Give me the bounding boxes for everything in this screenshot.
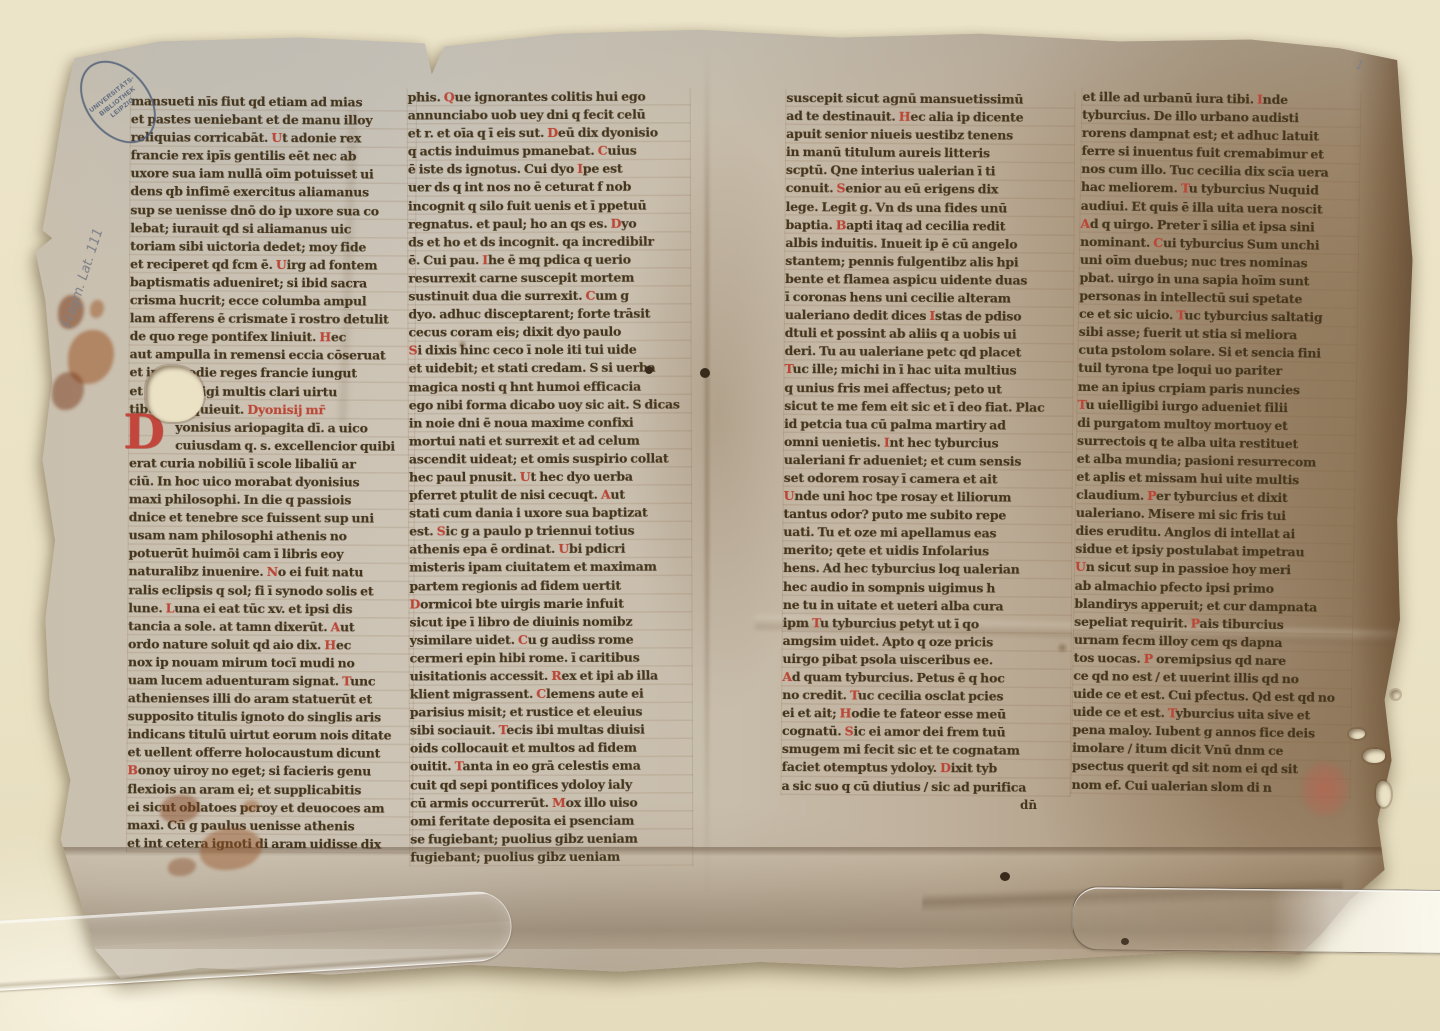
- worm-hole: [1000, 872, 1010, 881]
- text-line: cuit qd sepi pontifices ydoloy ialy: [410, 775, 692, 794]
- text-line: indicans titulū uirtut eorum nois ditate: [128, 726, 413, 746]
- worm-hole: [645, 366, 653, 374]
- text-line: de quo rege pontifex liniuit. Hec: [130, 327, 415, 347]
- text-line: ī coronas hens uni cecilie alteram: [785, 288, 1073, 308]
- rubricated-text: H: [319, 329, 331, 344]
- parchment-hole: [1391, 690, 1400, 699]
- text-line: hec audio in sompnis uigimus h: [783, 578, 1071, 598]
- rubricated-text: A: [331, 619, 341, 634]
- text-line: mansueti nīs fiut qd etiam ad mias: [131, 92, 416, 112]
- rubricated-text: D: [611, 215, 622, 230]
- text-line: cecus coram eis; dixit dyo paulo: [408, 323, 690, 342]
- text-line: erat curia nobiliū ī scole libaliū ar: [129, 454, 414, 474]
- text-line: et r. et oīa q ī eis sut. Deū dix dyonis…: [408, 124, 690, 143]
- text-line: cū armis occurrerūt. Mox illo uiso: [410, 793, 692, 812]
- text-line: suscepit sicut agnū mansuetissimū: [786, 89, 1074, 109]
- text-line: uxore sua iam nullā oīm potuisset ui: [131, 165, 416, 185]
- rubricated-text: N: [267, 564, 278, 579]
- text-line: uam lucem aduenturam signat. Tunc: [128, 671, 413, 691]
- text-column-1: D mansueti nīs fiut qd etiam ad miaset p…: [126, 92, 417, 853]
- text-line: nox ip nouam mirum tocī mudi no: [128, 653, 413, 673]
- text-line: omni uenietis. Int hec tyburcius: [784, 433, 1072, 453]
- gutter-fold-crease: [705, 51, 709, 941]
- text-line: uisitationis accessit. Rex et ipi ab ill…: [410, 667, 692, 686]
- rubricated-text: A: [1080, 216, 1090, 231]
- text-line: ē. Cui pau. Ihe ē mq pdica q uerio: [408, 250, 690, 269]
- text-column-3: suscepit sicut agnū mansuetissimūad te d…: [781, 89, 1076, 797]
- text-line: lune. Luna ei eat tūc xv. et ipsi dis: [128, 599, 413, 619]
- text-line: ē iste ds ignotus. Cui dyo Ipe est: [408, 160, 690, 179]
- text-line: oids collocauit et multos ad fidem: [410, 739, 692, 758]
- text-line: uirgo pibat psola uisceribus ee.: [782, 650, 1070, 670]
- text-line: merito; qete et uidis Infolarius: [783, 541, 1071, 561]
- rubricated-text: H: [840, 706, 852, 721]
- rubricated-text: H: [324, 637, 336, 652]
- text-line: no credit. Tuc cecilia osclat pcies: [782, 686, 1070, 706]
- text-line: Ad quam tyburcius. Petus ē q hoc: [782, 668, 1070, 688]
- rubricated-text: U: [520, 469, 531, 484]
- text-line: ad te destinauit. Hec alia ip dicente: [786, 107, 1074, 127]
- text-line: albis induitis. Inueit ip ē cū angelo: [785, 234, 1073, 254]
- text-line: ds et ho et ds incognit. qa incredibilr: [408, 232, 690, 251]
- text-line: magica nosti q hnt humoi efficacia: [409, 377, 691, 396]
- text-line: ne tu in uitate et ueteri alba cura: [783, 596, 1071, 616]
- text-line: ualeriani fr adueniet; et cum sensis: [784, 451, 1072, 471]
- text-line: hec paul pnusit. Ut hec dyo uerba: [409, 467, 691, 486]
- text-line: in noie dni ē noua maxime confixi: [409, 413, 691, 432]
- text-line: sustinuit dua die surrexit. Cum g: [408, 287, 690, 306]
- text-line: misteris ipam ciuitatem et maximam: [409, 558, 691, 577]
- text-line: se fugiebant; puolius gibz ueniam: [410, 829, 692, 848]
- text-line: cermeri epin hibi rome. ī caritibus: [410, 648, 692, 667]
- rubricated-text: M: [552, 795, 566, 810]
- text-line: faciet otemptus ydoloy. Dixit tyb: [782, 758, 1070, 778]
- text-line: et uellent offerre holocaustum dicunt: [127, 744, 412, 764]
- rubricated-text: A: [601, 487, 611, 502]
- rubricated-text: S: [409, 343, 418, 358]
- worm-hole: [700, 368, 710, 378]
- text-line: ualeriano dedit dices Istas de pdiso: [785, 306, 1073, 326]
- rubricated-text: C: [1153, 235, 1163, 250]
- text-line: mortui nati et surrexit et ad celum: [409, 431, 691, 450]
- text-line: lege. Legit g. Vn ds una fides unū: [786, 198, 1074, 218]
- catchword: dn̄: [1020, 798, 1037, 812]
- text-line: et pastes ueniebant et de manu illoy: [131, 110, 416, 130]
- text-line: cognatū. Sic ei amor dei frem tuū: [782, 722, 1070, 742]
- text-line: partem regionis ad fidem uertit: [409, 576, 691, 595]
- text-line: amgsim uidet. Apto q oze pricis: [783, 632, 1071, 652]
- text-line: naturalibz inuenire. No ei fuit natu: [128, 563, 413, 583]
- text-line: uer ds q int nos no ē ceturat f nob: [408, 178, 690, 197]
- text-line: id petcia tua cū palma martiry ad: [784, 415, 1072, 435]
- text-line: ouitit. Tanta in eo grā celestis ema: [410, 757, 692, 776]
- photo-background: D mansueti nīs fiut qd etiam ad miaset p…: [0, 0, 1440, 1031]
- rubricated-text: T: [1181, 181, 1189, 196]
- text-line: tancia a sole. at tamn dixerūt. Aut: [128, 617, 413, 637]
- rubricated-text: Q: [444, 89, 455, 104]
- text-column-2: phis. Que ignorantes colitis hui egoannu…: [407, 88, 694, 867]
- text-line: phis. Que ignorantes colitis hui ego: [408, 88, 690, 107]
- rubricated-text: C: [518, 632, 528, 647]
- text-line: Dormicoi bte uirgis marie infuit: [409, 594, 691, 613]
- text-line: stantem; pennis fulgentibz alis hpi: [785, 252, 1073, 272]
- text-line: omi feritate deposita ei psenciam: [410, 811, 692, 830]
- text-line: Si dixis hinc ceco ī nole iti tui uide: [409, 341, 691, 360]
- text-line: ascendit uideat; et omis suspirio collat: [409, 449, 691, 468]
- rubricated-text: P: [1147, 488, 1156, 503]
- text-line: resurrexit carne suscepit mortem: [408, 268, 690, 287]
- text-line: supposito titulis ignoto do singlis aris: [128, 707, 413, 727]
- text-line: ei et ait; Hodie te fateor esse meū: [782, 704, 1070, 724]
- text-line: sicut ipe ī libro de diuinis nomibz: [409, 612, 691, 631]
- rubricated-text: B: [836, 217, 846, 232]
- text-line: q unius fris mei affectus; peto ut: [784, 378, 1072, 398]
- text-line: a sic suo q cū diutius / sic ad purifica: [782, 777, 1070, 797]
- parchment-hole: [146, 366, 204, 422]
- rubricated-text: H: [899, 109, 911, 124]
- text-line: crisma hucrit; ecce columba ampul: [130, 291, 415, 311]
- text-line: apuit senior niueis uestibz tenens: [786, 125, 1074, 145]
- rubricated-text: U: [1075, 559, 1086, 574]
- text-line: Tuc ille; michi in ī hac uita multius: [784, 360, 1072, 380]
- text-line: hens. Ad hec tyburcius loq ualerian: [783, 559, 1071, 579]
- text-line: lam afferens ē crismate ī rostro detulit: [130, 309, 415, 329]
- rubricated-text: U: [784, 488, 795, 503]
- text-line: bente et flamea aspicu uidente duas: [785, 270, 1073, 290]
- text-line: dnice et tenebre sce fuissent sup uni: [129, 508, 414, 528]
- text-line: regnatus. et paul; ho an qs es. Dyo: [408, 214, 690, 233]
- rubricated-text: C: [536, 686, 546, 701]
- text-line: sup se uenisse dnō do ip uxore sua co: [130, 201, 415, 221]
- text-line: smugem mi fecit sic et te cognatam: [782, 740, 1070, 760]
- rubricated-text: T: [784, 361, 792, 376]
- rubricated-text: C: [598, 143, 608, 158]
- rubricated-text: B: [127, 763, 137, 778]
- rubricated-text: L: [166, 600, 175, 615]
- text-line: stati cum dania i uxore sua baptizat: [409, 504, 691, 523]
- text-line: aut ampulla in remensi eccia cōseruat: [130, 346, 415, 366]
- text-line: ordo nature soluit qd aio dix. Hec: [128, 635, 413, 655]
- rubricated-text: R: [551, 668, 561, 683]
- acrylic-weight-right: [1072, 886, 1440, 954]
- text-line: potuerūt huimōi cam ī libris eoy: [129, 545, 414, 565]
- text-line: annunciabo uob uey dni q fecit celū: [408, 106, 690, 125]
- text-line: est. Sic g a paulo p triennui totius: [409, 522, 691, 541]
- rubricated-text: U: [558, 541, 569, 556]
- red-wax-mark: [1300, 760, 1350, 818]
- text-line: q actis induimus pmanebat. Cuius: [408, 142, 690, 161]
- text-line: ysimilare uidet. Cu g audiss rome: [410, 630, 692, 649]
- text-line: ralis eclipsis q sol; fi ī synodo solis …: [128, 581, 413, 601]
- rubricated-text: T: [850, 688, 858, 703]
- text-line: sicut te me fem eit sic et ī deo fiat. P…: [784, 397, 1072, 417]
- text-line: fugiebant; puolius gibz ueniam: [410, 847, 692, 866]
- text-line: usam nam philosophi athenis no: [129, 527, 414, 547]
- rubricated-text: A: [782, 669, 792, 684]
- text-line: ego nibi forma dicabo uoy sic ait. S dic…: [409, 395, 691, 414]
- text-line: Bonoy uiroy no eget; si facieris genu: [127, 762, 412, 782]
- rubricated-text: U: [271, 130, 282, 145]
- text-line: pferret ptulit de nisi cecuqt. Aut: [409, 486, 691, 505]
- text-line: ipm Tu tyburcius petyt ut ī qo: [783, 614, 1071, 634]
- text-line: deri. Tu au ualeriane petc qd placet: [785, 342, 1073, 362]
- rubricated-text: D: [940, 761, 951, 776]
- text-line: dens qb infimē exercitus aliamanus: [130, 183, 415, 203]
- rust-stain: [148, 788, 278, 883]
- text-line: reliquias corricabāt. Ut adonie rex: [131, 128, 416, 148]
- text-line: dtuli et possint ab aliis q a uobis ui: [785, 324, 1073, 344]
- text-line: lebat; iurauit qd si aliamanus uic: [130, 219, 415, 239]
- rubricated-text: U: [276, 257, 287, 272]
- text-line: in manū titulum aureis litteris: [786, 143, 1074, 163]
- parchment-hole: [1363, 749, 1385, 763]
- text-line: dyo. adhuc disceptarent; forte trāsit: [408, 305, 690, 324]
- text-line: baptismatis adueniret; si ibid sacra: [130, 273, 415, 293]
- text-line: tantus odor? puto me subito repe: [783, 505, 1071, 525]
- text-line: Unde uni hoc tpe rosay et liliorum: [784, 487, 1072, 507]
- text-line: set odorem rosay ī camera et ait: [784, 469, 1072, 489]
- text-line: parisius misit; et rustice et eleuius: [410, 703, 692, 722]
- text-line: conuit. Senior au eū erigens dix: [786, 179, 1074, 199]
- text-line: uati. Tu et oze mi apellamus eas: [783, 523, 1071, 543]
- parchment-hole: [1376, 781, 1391, 807]
- text-line: cuiusdam q. s. excellencior quibi: [129, 436, 414, 456]
- text-line: ciū. In hoc uico morabat dyonisius: [129, 472, 414, 492]
- text-line: incognit q silo fuit uenis et ī ppetuū: [408, 196, 690, 215]
- text-line: maxi philosophi. In die q passiois: [129, 490, 414, 510]
- rubricated-text: D: [547, 125, 558, 140]
- text-line: klient migrassent. Clemens aute ei: [410, 685, 692, 704]
- text-line: francie rex ipīs gentilis eēt nec ab: [131, 147, 416, 167]
- rubricated-text: C: [585, 288, 595, 303]
- rubricated-text: S: [836, 181, 845, 196]
- text-line: athenis epa ē ordinat. Ubi pdicri: [409, 540, 691, 559]
- text-line: baptia. Bapti itaq ad cecilia redit: [785, 216, 1073, 236]
- text-line: athenienses illi do aram statuerūt et: [128, 689, 413, 709]
- text-line: et reciperet qd fcm ē. Uirg ad fontem: [130, 255, 415, 275]
- text-line: toriam sibi uictoria dedet; moy fide: [130, 237, 415, 257]
- rubricated-text: D: [409, 596, 420, 611]
- rubricated-text: Dyonisij mr̄: [247, 401, 325, 416]
- text-line: sibi sociauit. Tecis ibi multas diuisi: [410, 721, 692, 740]
- rubricated-text: T: [1077, 396, 1085, 411]
- text-line: scptū. Qne interius ualerian ī ti: [786, 161, 1074, 181]
- text-column-4: et ille ad urbanū iura tibi. Indetyburci…: [1070, 88, 1361, 798]
